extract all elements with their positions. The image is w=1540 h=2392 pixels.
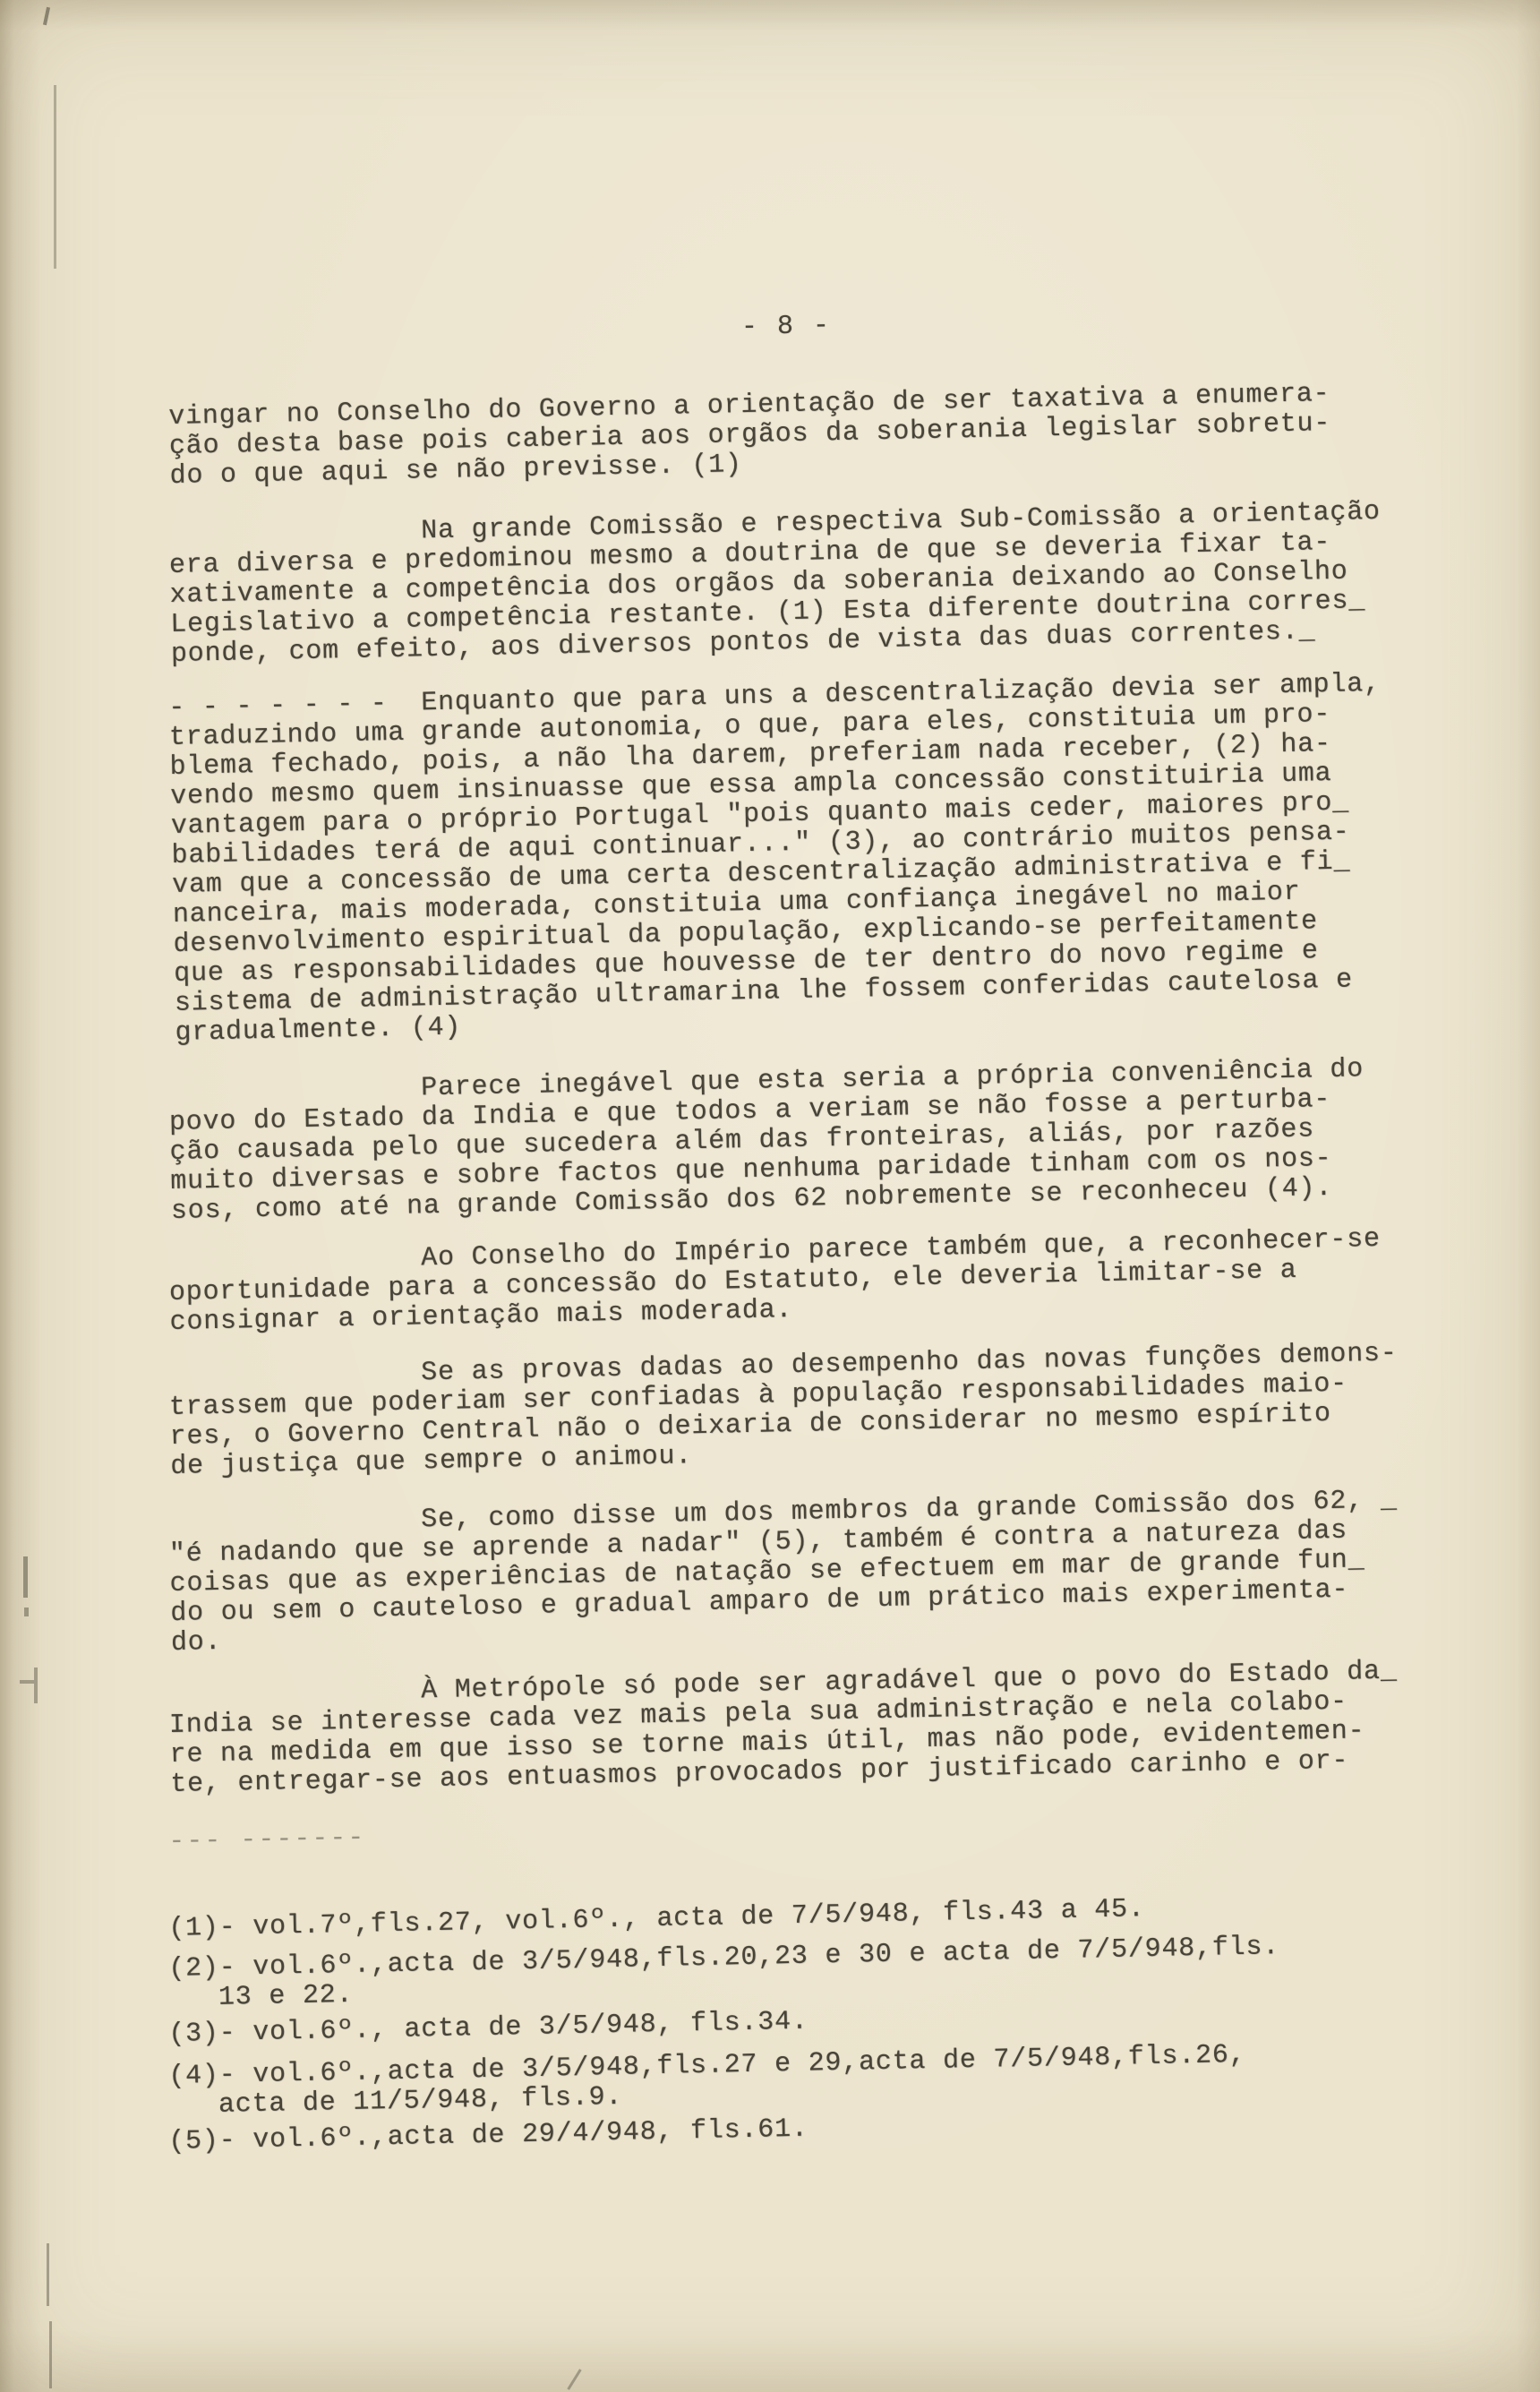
paragraph-6: Se as provas dadas ao desempenho das nov… — [168, 1339, 1399, 1482]
paragraph-7: Se, como disse um dos membros da grande … — [168, 1486, 1400, 1659]
scan-mark-top-tick — [43, 7, 50, 25]
footnote-line: (5)- vol.6º.,acta de 29/4/948, fls.61. — [168, 2115, 808, 2157]
scan-mark-left-bar — [34, 1668, 38, 1703]
paragraph-5: Ao Conselho do Império parece também que… — [168, 1225, 1382, 1338]
paragraph-4: Parece inegável que esta seria a própria… — [168, 1055, 1366, 1227]
paragraph-3: - - - - - - - Enquanto que para uns a de… — [168, 670, 1387, 1049]
scan-mark-bottom-line-2 — [49, 2321, 52, 2388]
scan-mark-bottom-slash — [567, 2369, 581, 2390]
scan-mark-left-exclaim — [23, 1556, 28, 1598]
page-number: - 8 - — [741, 311, 832, 343]
footnote-2: (2)- vol.6º.,acta de 3/5/948,fls.20,23 e… — [168, 1933, 1280, 2014]
scan-mark-left-dash — [20, 1680, 34, 1684]
scan-mark-left-dot — [24, 1608, 29, 1616]
scan-mark-top-line — [54, 85, 56, 269]
scan-mark-bottom-line-1 — [47, 2243, 49, 2306]
paragraph-8: À Metrópole só pode ser agradável que o … — [168, 1657, 1399, 1800]
footnote-3: (3)- vol.6º., acta de 3/5/948, fls.34. — [168, 2008, 808, 2050]
footnote-4: (4)- vol.6º.,acta de 3/5/948,fls.27 e 29… — [168, 2041, 1246, 2122]
paragraph-1: vingar no Conselho do Governo a orientaç… — [168, 380, 1331, 492]
scanned-document-page: - 8 - vingar no Conselho do Governo a or… — [0, 0, 1540, 2392]
footnote-separator: --- ------- — [168, 1823, 366, 1857]
paragraph-2: Na grande Comissão e respectiva Sub-Comi… — [168, 498, 1383, 670]
footnote-5: (5)- vol.6º.,acta de 29/4/948, fls.61. — [168, 2115, 808, 2157]
footnote-line: (3)- vol.6º., acta de 3/5/948, fls.34. — [168, 2008, 808, 2050]
